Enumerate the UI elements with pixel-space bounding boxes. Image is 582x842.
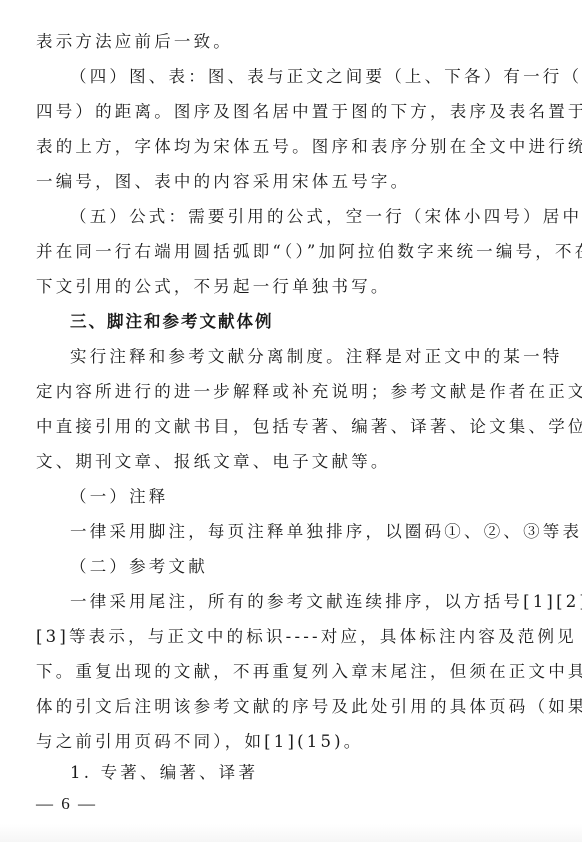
paragraph-line: 一编号，图、表中的内容采用宋体五号字。 [36,171,550,193]
section-four-figures-tables-line: （四）图、表：图、表与正文之间要（上、下各）有一行（宋体小 [70,66,550,88]
paragraph-line: 定内容所进行的进一步解释或补充说明；参考文献是作者在正文 [36,381,550,403]
section-five-formulas-line: （五）公式：需要引用的公式，空一行（宋体小四号）居中书写， [70,206,550,228]
section-heading-footnotes-references: 三、脚注和参考文献体例 [70,311,550,333]
paragraph-line: [3]等表示，与正文中的标识----对应，具体标注内容及范例见 [36,626,550,648]
paragraph-line: 体的引文后注明该参考文献的序号及此处引用的具体页码（如果 [36,696,550,718]
paragraph-line: 中直接引用的文献书目，包括专著、编著、译著、论文集、学位论 [36,416,550,438]
paragraph-line: 并在同一行右端用圆括弧即“（）”加阿拉伯数字来统一编号，不在 [36,241,550,263]
subheading-annotations: （一）注释 [70,486,550,508]
page-edge-shadow [0,824,582,842]
paragraph-line: 一律采用脚注，每页注释单独排序，以圈码①、②、③等表示。 [70,521,550,543]
paragraph-line: 四号）的距离。图序及图名居中置于图的下方，表序及表名置于 [36,101,550,123]
paragraph-line: 文、期刊文章、报纸文章、电子文献等。 [36,451,550,473]
page-number: — 6 — [36,793,97,815]
paragraph-line: 下。重复出现的文献，不再重复列入章末尾注，但须在正文中具 [36,661,550,683]
paragraph-line: 表示方法应前后一致。 [36,31,550,53]
paragraph-line: 与之前引用页码不同），如[1](15)。 [36,731,550,753]
paragraph-line: 表的上方，字体均为宋体五号。图序和表序分别在全文中进行统 [36,136,550,158]
paragraph-line: 一律采用尾注，所有的参考文献连续排序，以方括号[1][2] [70,591,550,613]
subheading-references: （二）参考文献 [70,556,550,578]
paragraph-line: 下文引用的公式，不另起一行单独书写。 [36,276,550,298]
list-item-monographs: 1. 专著、编著、译著 [70,762,550,784]
document-page: 表示方法应前后一致。 （四）图、表：图、表与正文之间要（上、下各）有一行（宋体小… [0,0,582,842]
paragraph-line: 实行注释和参考文献分离制度。注释是对正文中的某一特 [70,346,550,368]
